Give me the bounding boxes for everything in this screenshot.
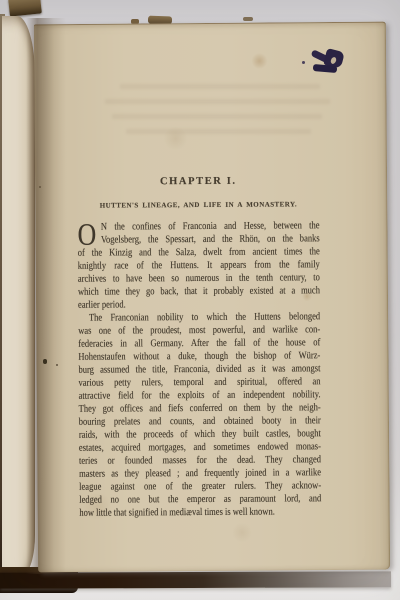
printed-text: CHAPTER I. HUTTEN'S LINEAGE, AND LIFE IN… — [0, 0, 400, 600]
text-line: ledged no one but the emperor as paramou… — [79, 492, 321, 506]
chapter-subtitle: HUTTEN'S LINEAGE, AND LIFE IN A MONASTER… — [62, 200, 334, 210]
ink-blot-dot — [302, 61, 305, 64]
drop-cap: O — [78, 222, 97, 248]
text-line: which time they go back, that it probabl… — [78, 284, 320, 298]
ink-blot-stroke — [313, 64, 338, 73]
chapter-heading: CHAPTER I. — [77, 175, 319, 187]
ink-speck — [43, 359, 47, 364]
ink-speck — [39, 186, 41, 188]
text-line: how little that signified in mediæval ti… — [79, 505, 321, 519]
ink-speck — [56, 364, 58, 366]
body-text: O N the confines of Franconia and Hesse,… — [78, 219, 322, 519]
ink-blot — [306, 48, 350, 80]
book-photo: CHAPTER I. HUTTEN'S LINEAGE, AND LIFE IN… — [0, 0, 400, 600]
